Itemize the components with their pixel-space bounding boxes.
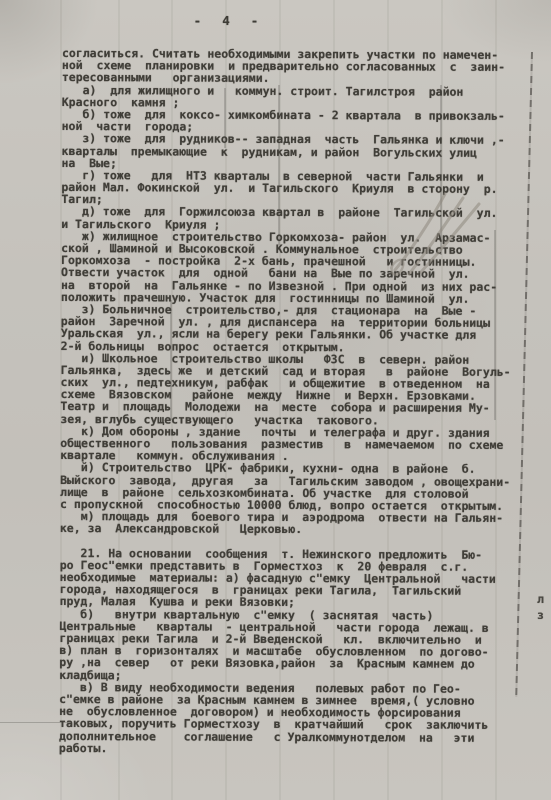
pencil-scribble-icon bbox=[385, 182, 497, 278]
document-text: согласиться. Считать необходимыми закреп… bbox=[59, 47, 532, 756]
adjacent-page-fragment: л bbox=[537, 592, 544, 606]
text-line: дополнительное соглашение с Уралкоммунот… bbox=[59, 729, 529, 743]
page-number: - 4 - bbox=[62, 13, 392, 28]
scanned-document-page: - 4 - согласиться. Считать необходимыми … bbox=[0, 0, 551, 800]
text-line: кварталы премыкающие к рудникам, и район… bbox=[62, 144, 532, 158]
text-line: ру ,на север от реки Вязовка,район за Кр… bbox=[59, 656, 529, 670]
adjacent-page-fragment: з bbox=[537, 608, 544, 622]
